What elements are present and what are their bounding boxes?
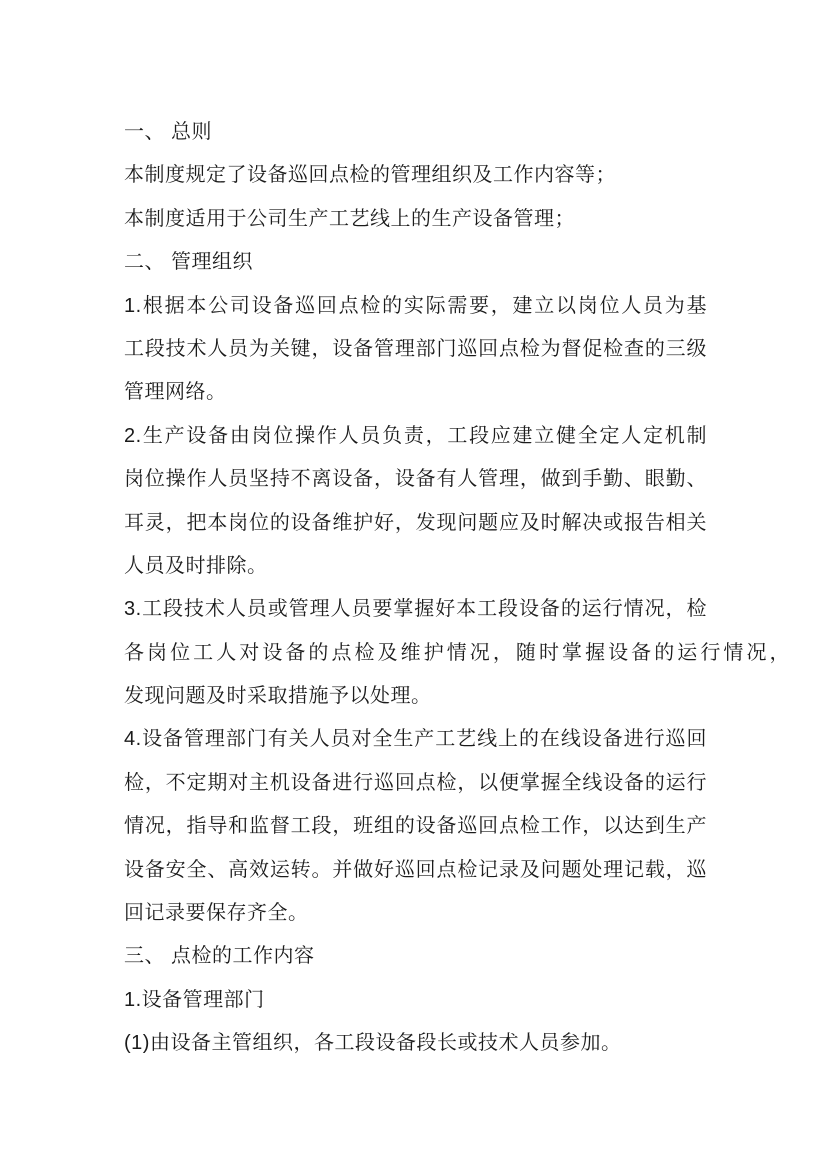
text-line: 管理网络。 (124, 371, 707, 414)
text-line: 工段技术人员为关键，设备管理部门巡回点检为督促检查的三级 (124, 328, 707, 371)
document-page: 一、 总则 本制度规定了设备巡回点检的管理组织及工作内容等； 本制度适用于公司生… (124, 111, 707, 1066)
text-line: 岗位操作人员坚持不离设备，设备有人管理，做到手勤、眼勤、 (124, 458, 707, 501)
text-line: 回记录要保存齐全。 (124, 892, 707, 935)
text-line: 1.根据本公司设备巡回点检的实际需要，建立以岗位人员为基础， (124, 285, 707, 328)
section-heading: 三、 点检的工作内容 (124, 935, 707, 978)
text-line: 耳灵，把本岗位的设备维护好，发现问题应及时解决或报告相关 (124, 502, 707, 545)
text-line: 3.工段技术人员或管理人员要掌握好本工段设备的运行情况，检查 (124, 588, 707, 631)
text-line: 4.设备管理部门有关人员对全生产工艺线上的在线设备进行巡回点 (124, 718, 707, 761)
text-line: 本制度适用于公司生产工艺线上的生产设备管理； (124, 198, 707, 241)
text-line: 2.生产设备由岗位操作人员负责，工段应建立健全定人定机制度。 (124, 415, 707, 458)
text-line: 发现问题及时采取措施予以处理。 (124, 675, 707, 718)
section-heading: 一、 总则 (124, 111, 707, 154)
text-line: 1.设备管理部门 (124, 979, 707, 1022)
section-heading: 二、 管理组织 (124, 241, 707, 284)
text-line: 情况，指导和监督工段，班组的设备巡回点检工作，以达到生产 (124, 805, 707, 848)
text-line: 各岗位工人对设备的点检及维护情况，随时掌握设备的运行情况， (124, 632, 790, 675)
text-line: 人员及时排除。 (124, 545, 707, 588)
text-line: (1)由设备主管组织，各工段设备段长或技术人员参加。 (124, 1022, 707, 1065)
text-line: 本制度规定了设备巡回点检的管理组织及工作内容等； (124, 154, 707, 197)
text-line: 检，不定期对主机设备进行巡回点检，以便掌握全线设备的运行 (124, 762, 707, 805)
text-line: 设备安全、高效运转。并做好巡回点检记录及问题处理记载，巡 (124, 849, 707, 892)
